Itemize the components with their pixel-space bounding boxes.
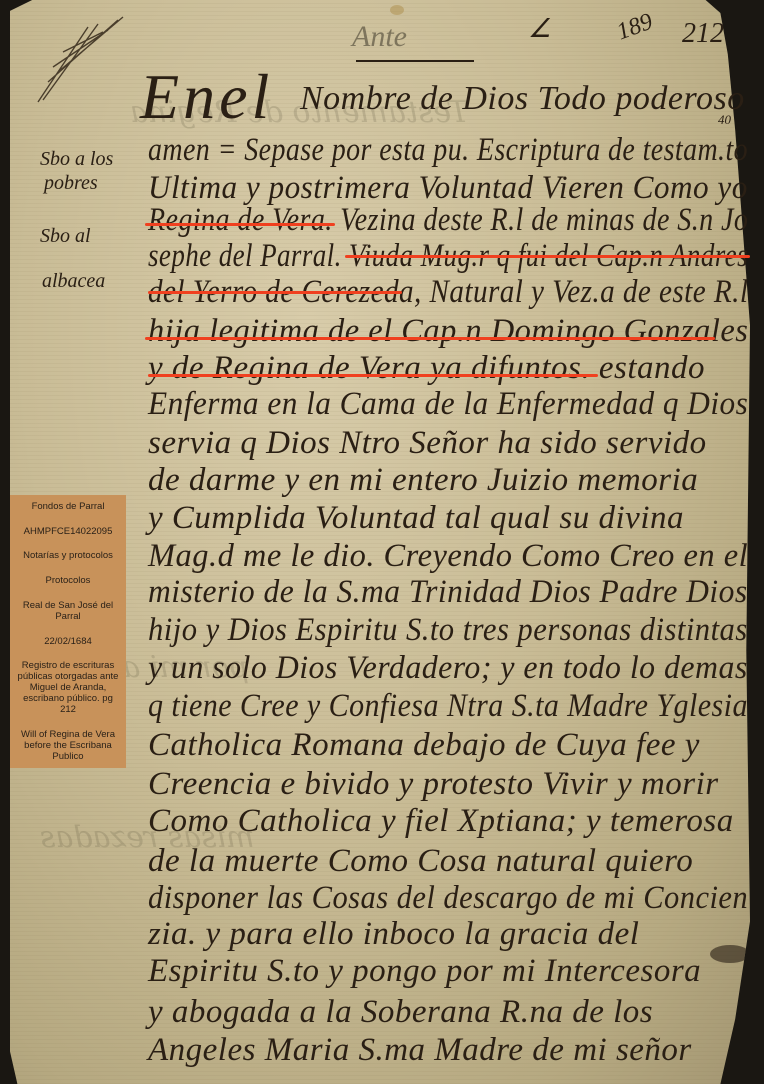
manuscript-line: q tiene Cree y Confiesa Ntra S.ta Madre … xyxy=(148,688,748,725)
document-heading: Ante xyxy=(352,20,407,54)
opening-word: Enel xyxy=(140,60,273,134)
label-date: 22/02/1684 xyxy=(14,636,122,647)
manuscript-line: Espiritu S.to y pongo por mi Intercesora xyxy=(148,953,701,990)
manuscript-line: Mag.d me le dio. Creyendo Como Creo en e… xyxy=(148,538,748,575)
manuscript-line: Angeles Maria S.ma Madre de mi señor xyxy=(148,1032,692,1069)
red-underline xyxy=(145,337,715,340)
label-collection: Fondos de Parral xyxy=(14,501,122,512)
manuscript-line: y de Regina de Vera ya difuntos. estando xyxy=(148,350,705,387)
label-title: Will of Regina de Vera before the Escrib… xyxy=(14,729,122,762)
label-code: AHMPFCE14022095 xyxy=(14,526,122,537)
manuscript-line: Enferma en la Cama de la Enfermedad q Di… xyxy=(148,386,748,423)
label-series: Notarías y protocolos xyxy=(14,550,122,561)
manuscript-line: y un solo Dios Verdadero; y en todo lo d… xyxy=(148,650,748,687)
heading-rule xyxy=(356,60,474,62)
folio-number: 212 xyxy=(682,18,724,50)
paper-stain xyxy=(390,5,404,15)
red-underline xyxy=(148,374,598,377)
manuscript-line: Regina de Vera. Vezina deste R.l de mina… xyxy=(148,202,748,239)
quill-flourish-icon xyxy=(28,12,128,107)
ink-blot xyxy=(710,945,750,963)
red-underline xyxy=(145,223,335,226)
manuscript-line: de darme y en mi entero Juizio memoria xyxy=(148,462,698,499)
margin-note-2: pobres xyxy=(44,172,98,195)
manuscript-line: disponer las Cosas del descargo de mi Co… xyxy=(148,880,748,917)
manuscript-line: zia. y para ello inboco la gracia del xyxy=(148,916,639,953)
archive-label: Fondos de Parral AHMPFCE14022095 Notaría… xyxy=(10,495,126,768)
manuscript-line: amen = Sepase por esta pu. Escriptura de… xyxy=(148,132,748,169)
margin-note-3: Sbo al xyxy=(40,225,91,248)
label-subseries: Protocolos xyxy=(14,575,122,586)
manuscript-line: y abogada a la Soberana R.na de los xyxy=(148,994,653,1031)
red-underline xyxy=(345,255,750,258)
top-mark: ∠ xyxy=(528,14,551,44)
manuscript-line: Como Catholica y fiel Xptiana; y temeros… xyxy=(148,803,734,840)
manuscript-line: Creencia e bivido y protesto Vivir y mor… xyxy=(148,766,719,803)
manuscript-line: hija legitima de el Cap.n Domingo Gonzal… xyxy=(148,313,748,350)
label-description: Registro de escrituras públicas otorgada… xyxy=(14,660,122,715)
manuscript-line: de la muerte Como Cosa natural quiero xyxy=(148,843,693,880)
manuscript-line: hijo y Dios Espiritu S.to tres personas … xyxy=(148,612,748,649)
red-underline xyxy=(148,291,402,294)
manuscript-line: Catholica Romana debajo de Cuya fee y xyxy=(148,727,700,764)
manuscript-line: y Cumplida Voluntad tal qual su divina xyxy=(148,500,684,537)
margin-note-1: Sbo a los xyxy=(40,148,113,171)
manuscript-line: misterio de la S.ma Trinidad Dios Padre … xyxy=(148,574,748,611)
manuscript-line: servia q Dios Ntro Señor ha sido servido xyxy=(148,425,707,462)
label-place: Real de San José del Parral xyxy=(14,600,122,622)
margin-note-4: albacea xyxy=(42,270,105,293)
opening-line: Nombre de Dios Todo poderoso xyxy=(300,80,745,118)
